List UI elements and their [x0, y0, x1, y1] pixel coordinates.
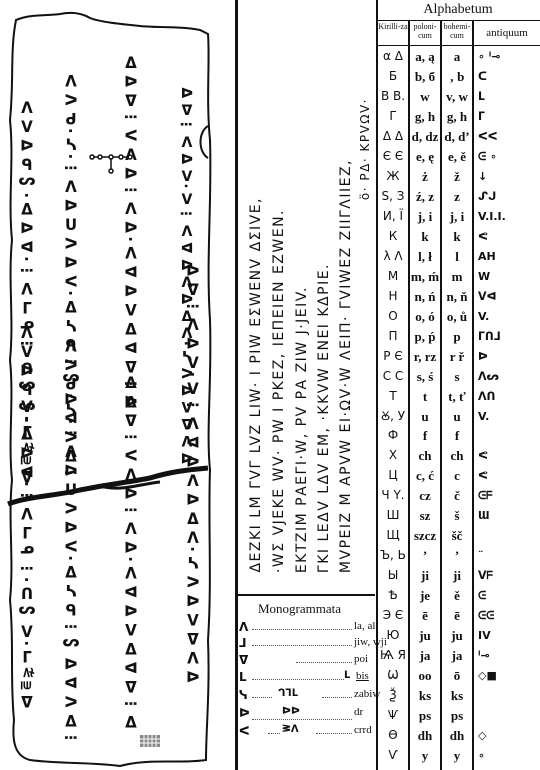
dot-leader [252, 679, 344, 680]
transcription-line-2: ·WΣ VJΕΚΕ WV· ΡW Ι ΡΚΕΖ, ΙΕΠΕΙΕΝ ΕΖWΕΝ. [271, 209, 287, 573]
bohemicum-cell: ks [442, 686, 472, 705]
antiquum-cell: ᕙ [474, 227, 540, 246]
dot-leader [296, 662, 352, 663]
kirilliza-cell: П [378, 327, 408, 346]
polonicum-cell: cz [410, 486, 440, 505]
polonicum-cell: u [410, 407, 440, 426]
kirilliza-cell: Х [378, 446, 408, 465]
kirilliza-cell: Б [378, 67, 408, 86]
polonicum-cell: sz [410, 506, 440, 525]
antiquum-cell: ᑊ⊸ [474, 646, 540, 665]
antiquum-cell: ᕙ [474, 466, 540, 485]
kirilliza-cell: λ Λ [378, 247, 408, 266]
kirilliza-cell: S, З [378, 187, 408, 206]
monogram-row: ᒧ jiw, wji [238, 636, 375, 652]
monogram-value: la, al [354, 620, 375, 632]
polonicum-cell: ju [410, 626, 440, 645]
monogram-glyph: ᒧ [239, 636, 247, 650]
monogram-inline-glyph: ᕒᐱ [282, 724, 299, 735]
tablet-glyph-column-2-lower: ⋮ᐁᐸᐅᐊᔕ⋮ᑲᓭᐁ·ᐳᐊᐸᑎᐊᐯ⋮·ᓭ·ᑭᐸᐯ [64, 505, 79, 745]
polonicum-cell: s, ś [410, 367, 440, 386]
monogram-glyph: ᐱ [239, 620, 248, 634]
kirilliza-cell: Ѯ [378, 686, 408, 705]
antiquum-cell: ᕙ [474, 446, 540, 465]
kirilliza-cell: Ч Ү. [378, 486, 408, 505]
kirilliza-cell: Э Є [378, 606, 408, 625]
polonicum-cell: szcz [410, 526, 440, 545]
bohemicum-cell: c [442, 466, 472, 485]
antiquum-cell: ᕮ ∘ [474, 147, 540, 166]
polonicum-cell: ch [410, 446, 440, 465]
polonicum-cell: c, ć [410, 466, 440, 485]
kirilliza-cell: М [378, 267, 408, 286]
polonicum-cell: r, rz [410, 347, 440, 366]
kirilliza-cell: Ѳ [378, 726, 408, 745]
polonicum-cell: ps [410, 706, 440, 725]
kirilliza-cell: Ы [378, 566, 408, 585]
monogram-glyph: ᐁ [239, 653, 248, 667]
kirilliza-cell: Р Є [378, 347, 408, 366]
dot-leader [268, 733, 280, 734]
bohemicum-cell: f [442, 426, 472, 445]
bohemicum-cell: ō [442, 666, 472, 685]
polonicum-cell: o, ó [410, 307, 440, 326]
monogram-glyph: ᐅ [239, 706, 250, 720]
tablet-glyph-column-4-lower: ᐊᐯᐃᐱᐊᐸᓭ·ᐯᐁᐊᐯᐊᐅᐯ⋮ᐱ·ᐱᐊᐯ⋮ᐃᐊ [186, 505, 201, 685]
dot-leader [322, 697, 352, 698]
kirilliza-cell: Ф [378, 426, 408, 445]
polonicum-cell: je [410, 586, 440, 605]
bohemicum-cell: e, ě [442, 147, 472, 166]
polonicum-cell: f [410, 426, 440, 445]
bohemicum-cell: š [442, 506, 472, 525]
bohemicum-cell: ’ [442, 546, 472, 565]
antiquum-cell: V.I.I. [474, 207, 540, 226]
dot-leader [252, 645, 352, 646]
bohemicum-cell: t, ť [442, 387, 472, 406]
polonicum-cell: t [410, 387, 440, 406]
antiquum-cell: ↓ [474, 167, 540, 186]
bohemicum-cell: ē [442, 606, 472, 625]
bohemicum-cell: o, ů [442, 307, 472, 326]
polonicum-cell: m, ḿ [410, 267, 440, 286]
kirilliza-cell: Щ [378, 526, 408, 545]
polonicum-cell: w [410, 87, 440, 106]
kirilliza-cell: О [378, 307, 408, 326]
bohemicum-cell: z [442, 187, 472, 206]
polonicum-cell: ks [410, 686, 440, 705]
antiquum-cell: ᒥᑎᒧ [474, 327, 540, 346]
tablet-glyph-column-1-lower: ᐃ⋷⋧ᒧ·ᐱᔕᑌ·⋮ᓂᒧᐯ⋮·ᐅᐊᐁ·ᔕᑲᐊᐱᐯ [20, 510, 35, 710]
header-kirilliza: Kirilli-za [378, 22, 408, 44]
antiquum-cell: V. [474, 307, 540, 326]
antiquum-cell: ᕮ [474, 586, 540, 605]
transcription-line-3: ΕΚΤΖΙΜ ΡΑΕΓΙ·W, ΡV ΡΑ ΖΙW J·JΕΙV. [294, 286, 310, 573]
polonicum-cell: ’ [410, 546, 440, 565]
monogram-inline-glyph: ᒉᒣᒪ [278, 688, 298, 699]
bohemicum-cell: ch [442, 446, 472, 465]
kirilliza-cell: Ѱ [378, 706, 408, 725]
bohemicum-cell: g, h [442, 107, 472, 126]
header-bohemicum: bohemi-cum [442, 22, 472, 44]
dot-leader [252, 697, 272, 698]
dot-leader [252, 719, 352, 720]
antiquum-cell [474, 426, 540, 445]
kirilliza-cell: Ъ, Ь [378, 546, 408, 565]
monogram-row: ᐁ poi [238, 653, 375, 669]
bohemicum-cell: y [442, 746, 472, 765]
header-antiquum: antiquum [474, 22, 540, 44]
polonicum-cell: y [410, 746, 440, 765]
polonicum-cell: j, i [410, 207, 440, 226]
kirilliza-cell: С С [378, 367, 408, 386]
bohemicum-cell: ‚ b [442, 67, 472, 86]
kirilliza-cell: В В. [378, 87, 408, 106]
monogram-row: ᐅ ᐅᐅ dr [238, 706, 375, 722]
bohemicum-cell: ja [442, 646, 472, 665]
polonicum-cell: ja [410, 646, 440, 665]
antiquum-cell: ∘ ᑊ⊸ [474, 47, 540, 66]
polonicum-cell: b, б [410, 67, 440, 86]
polonicum-cell: dh [410, 726, 440, 745]
antiquum-cell: ᐯᖴ [474, 566, 540, 585]
bohemicum-cell: a [442, 47, 472, 66]
antiquum-cell [474, 526, 540, 545]
kirilliza-cell: α Δ [378, 47, 408, 66]
header-rule [376, 45, 540, 46]
antiquum-cell: ᑕ [474, 67, 540, 86]
bohemicum-cell: v, w [442, 87, 472, 106]
antiquum-cell: W [474, 267, 540, 286]
kirilliza-cell: К [378, 227, 408, 246]
antiquum-cell: ᐅ [474, 347, 540, 366]
monogram-value: bis [356, 670, 369, 682]
polonicum-cell: ji [410, 566, 440, 585]
monogram-row: ᐸ ᕒᐱ crrd [238, 724, 375, 740]
antiquum-cell: ᕮᕮ [474, 606, 540, 625]
kirilliza-cell: Ю [378, 626, 408, 645]
antiquum-cell: ᒥ [474, 107, 540, 126]
transcription-line-6: ö· ΡΔ· ΚΡVΩV· [358, 98, 372, 200]
bohemicum-cell: ps [442, 706, 472, 725]
bohemicum-cell: č [442, 486, 472, 505]
kirilliza-cell: Є Є [378, 147, 408, 166]
monogram-glyph: ᒪ [239, 670, 247, 684]
transcription-line-5: ΜVΡΕΙΖ Μ ΑΡVW ΕΙ·ΩV·W ΛΕΙΠ· ΓVΙWΕΖ ΖΙΙΓΛ… [338, 159, 354, 573]
transcription-panel: ΔΕΖΚΙ LΜ ΓVΓ LVΖ LIW· Ι ΡΙW ΕΣWΕΝV ΔΣΙVΕ… [238, 0, 380, 595]
bohemicum-cell: j, i [442, 207, 472, 226]
polonicum-cell: p, ṕ [410, 327, 440, 346]
antiquum-cell [474, 686, 540, 705]
polonicum-cell: k [410, 227, 440, 246]
header-polonicum: poloni-cum [410, 22, 440, 44]
monogrammata-title: Monogrammata [258, 601, 341, 617]
bohemicum-cell: k [442, 227, 472, 246]
antiquum-cell: V. [474, 407, 540, 426]
antiquum-cell: ᔑᒍ [474, 187, 540, 206]
kirilliza-cell: Ѡ [378, 666, 408, 685]
antiquum-cell: ᒪ [474, 87, 540, 106]
antiquum-cell: ᐱᔕ [474, 367, 540, 386]
bohemicum-cell: m [442, 267, 472, 286]
antiquum-cell: ◇■ [474, 666, 540, 685]
antiquum-cell [474, 706, 540, 725]
bohemicum-cell: n, ň [442, 287, 472, 306]
bohemicum-cell: ji [442, 566, 472, 585]
polonicum-cell: n, ń [410, 287, 440, 306]
polonicum-cell: g, h [410, 107, 440, 126]
bohemicum-cell: dh [442, 726, 472, 745]
bohemicum-cell: ž [442, 167, 472, 186]
polonicum-cell: e, ę [410, 147, 440, 166]
antiquum-cell: ᐸᐸ [474, 127, 540, 146]
antiquum-cell: ᕮᖴ [474, 486, 540, 505]
antiquum-cell: ᐯᐊ [474, 287, 540, 306]
bohemicum-cell: šč [442, 526, 472, 545]
kirilliza-cell: Ц [378, 466, 408, 485]
dot-leader [316, 733, 352, 734]
bohemicum-cell: ě [442, 586, 472, 605]
alphabetum-title: Alphabetum [376, 0, 540, 20]
monogram-value: crrd [354, 724, 372, 736]
antiquum-cell: ᐱᑎ [474, 387, 540, 406]
kirilliza-cell: Ж [378, 167, 408, 186]
bohemicum-cell: d, d’ [442, 127, 472, 146]
bohemicum-cell: p [442, 327, 472, 346]
kirilliza-cell: Ѩ Я [378, 646, 408, 665]
antiquum-cell: ∘ [474, 746, 540, 765]
antiquum-cell: ΑΗ [474, 247, 540, 266]
transcription-line-1: ΔΕΖΚΙ LΜ ΓVΓ LVΖ LIW· Ι ΡΙW ΕΣWΕΝV ΔΣΙVΕ… [248, 197, 264, 573]
title-rule [376, 20, 540, 21]
kirilliza-cell: И, Ї [378, 207, 408, 226]
inscribed-tablet-drawing: ᐃ⋷⋧ᒧ·ᐱᔕᑌ·⋮ᓂᒧᐯ⋮·ᐅᐊᐁ·ᔕᑲᐊᐱᐯ ⋮ᐁᐸᐅᐊᔕ⋮ᑲᓭᐁ·ᐳᐊᐸᑎ… [0, 0, 232, 770]
polonicum-cell: oo [410, 666, 440, 685]
kirilliza-cell: Ꙋ, У [378, 407, 408, 426]
bohemicum-cell: ju [442, 626, 472, 645]
dot-leader [252, 629, 352, 630]
polonicum-cell: ē [410, 606, 440, 625]
antiquum-cell: ◇ [474, 726, 540, 745]
bohemicum-cell: u [442, 407, 472, 426]
polonicum-cell: d, dz [410, 127, 440, 146]
monogram-glyph: ᓭ [239, 688, 248, 702]
monogram-value: poi [354, 653, 368, 665]
kirilliza-cell: Т [378, 387, 408, 406]
kirilliza-cell: Ѣ [378, 586, 408, 605]
antiquum-cell: IV [474, 626, 540, 645]
tablet-glyph-column-3-lower: ᐁ⋮ᐃᐅᐁᐱᐊᐅᐯ·ᐊᐯ⋮ᐊᐯᐳ⋮ᐃᐊᐁ [124, 500, 139, 730]
monogram-inline-glyph: ᒪ [344, 670, 350, 681]
transcription-line-4: ΓΚΙ LΕΔV LΔV ΕΜ, ·ΚΚVW ΕΝΕΙ ΚΔΡΙΕ. [316, 263, 332, 573]
kirilliza-cell: Г [378, 107, 408, 126]
alphabetum-table: Alphabetum Kirilli-za poloni-cum bohemi-… [376, 0, 540, 770]
polonicum-cell: ż [410, 167, 440, 186]
kirilliza-cell: Н [378, 287, 408, 306]
polonicum-cell: a, ą [410, 47, 440, 66]
kirilliza-cell: Δ Δ [378, 127, 408, 146]
monogrammata-panel: Monogrammata ᐱ la, al ᒧ jiw, wji ᐁ poi ᒪ… [238, 596, 375, 770]
monogram-row: ᒪ ᒪ bis [238, 670, 375, 686]
kirilliza-cell: Ш [378, 506, 408, 525]
monogram-row: ᓭ ᒉᒣᒪ zabiw [238, 688, 375, 704]
antiquum-cell: ¨ [474, 546, 540, 565]
antiquum-cell: Ɯ [474, 506, 540, 525]
bohemicum-cell: l [442, 247, 472, 266]
kirilliza-cell: Ѵ [378, 746, 408, 765]
monogram-row: ᐱ la, al [238, 620, 375, 636]
bohemicum-cell: s [442, 367, 472, 386]
monogram-value: dr [354, 706, 363, 718]
polonicum-cell: ź, z [410, 187, 440, 206]
monogram-glyph: ᐸ [239, 724, 250, 738]
monogram-inline-glyph: ᐅᐅ [282, 706, 300, 717]
bohemicum-cell: r ř [442, 347, 472, 366]
polonicum-cell: l, ł [410, 247, 440, 266]
